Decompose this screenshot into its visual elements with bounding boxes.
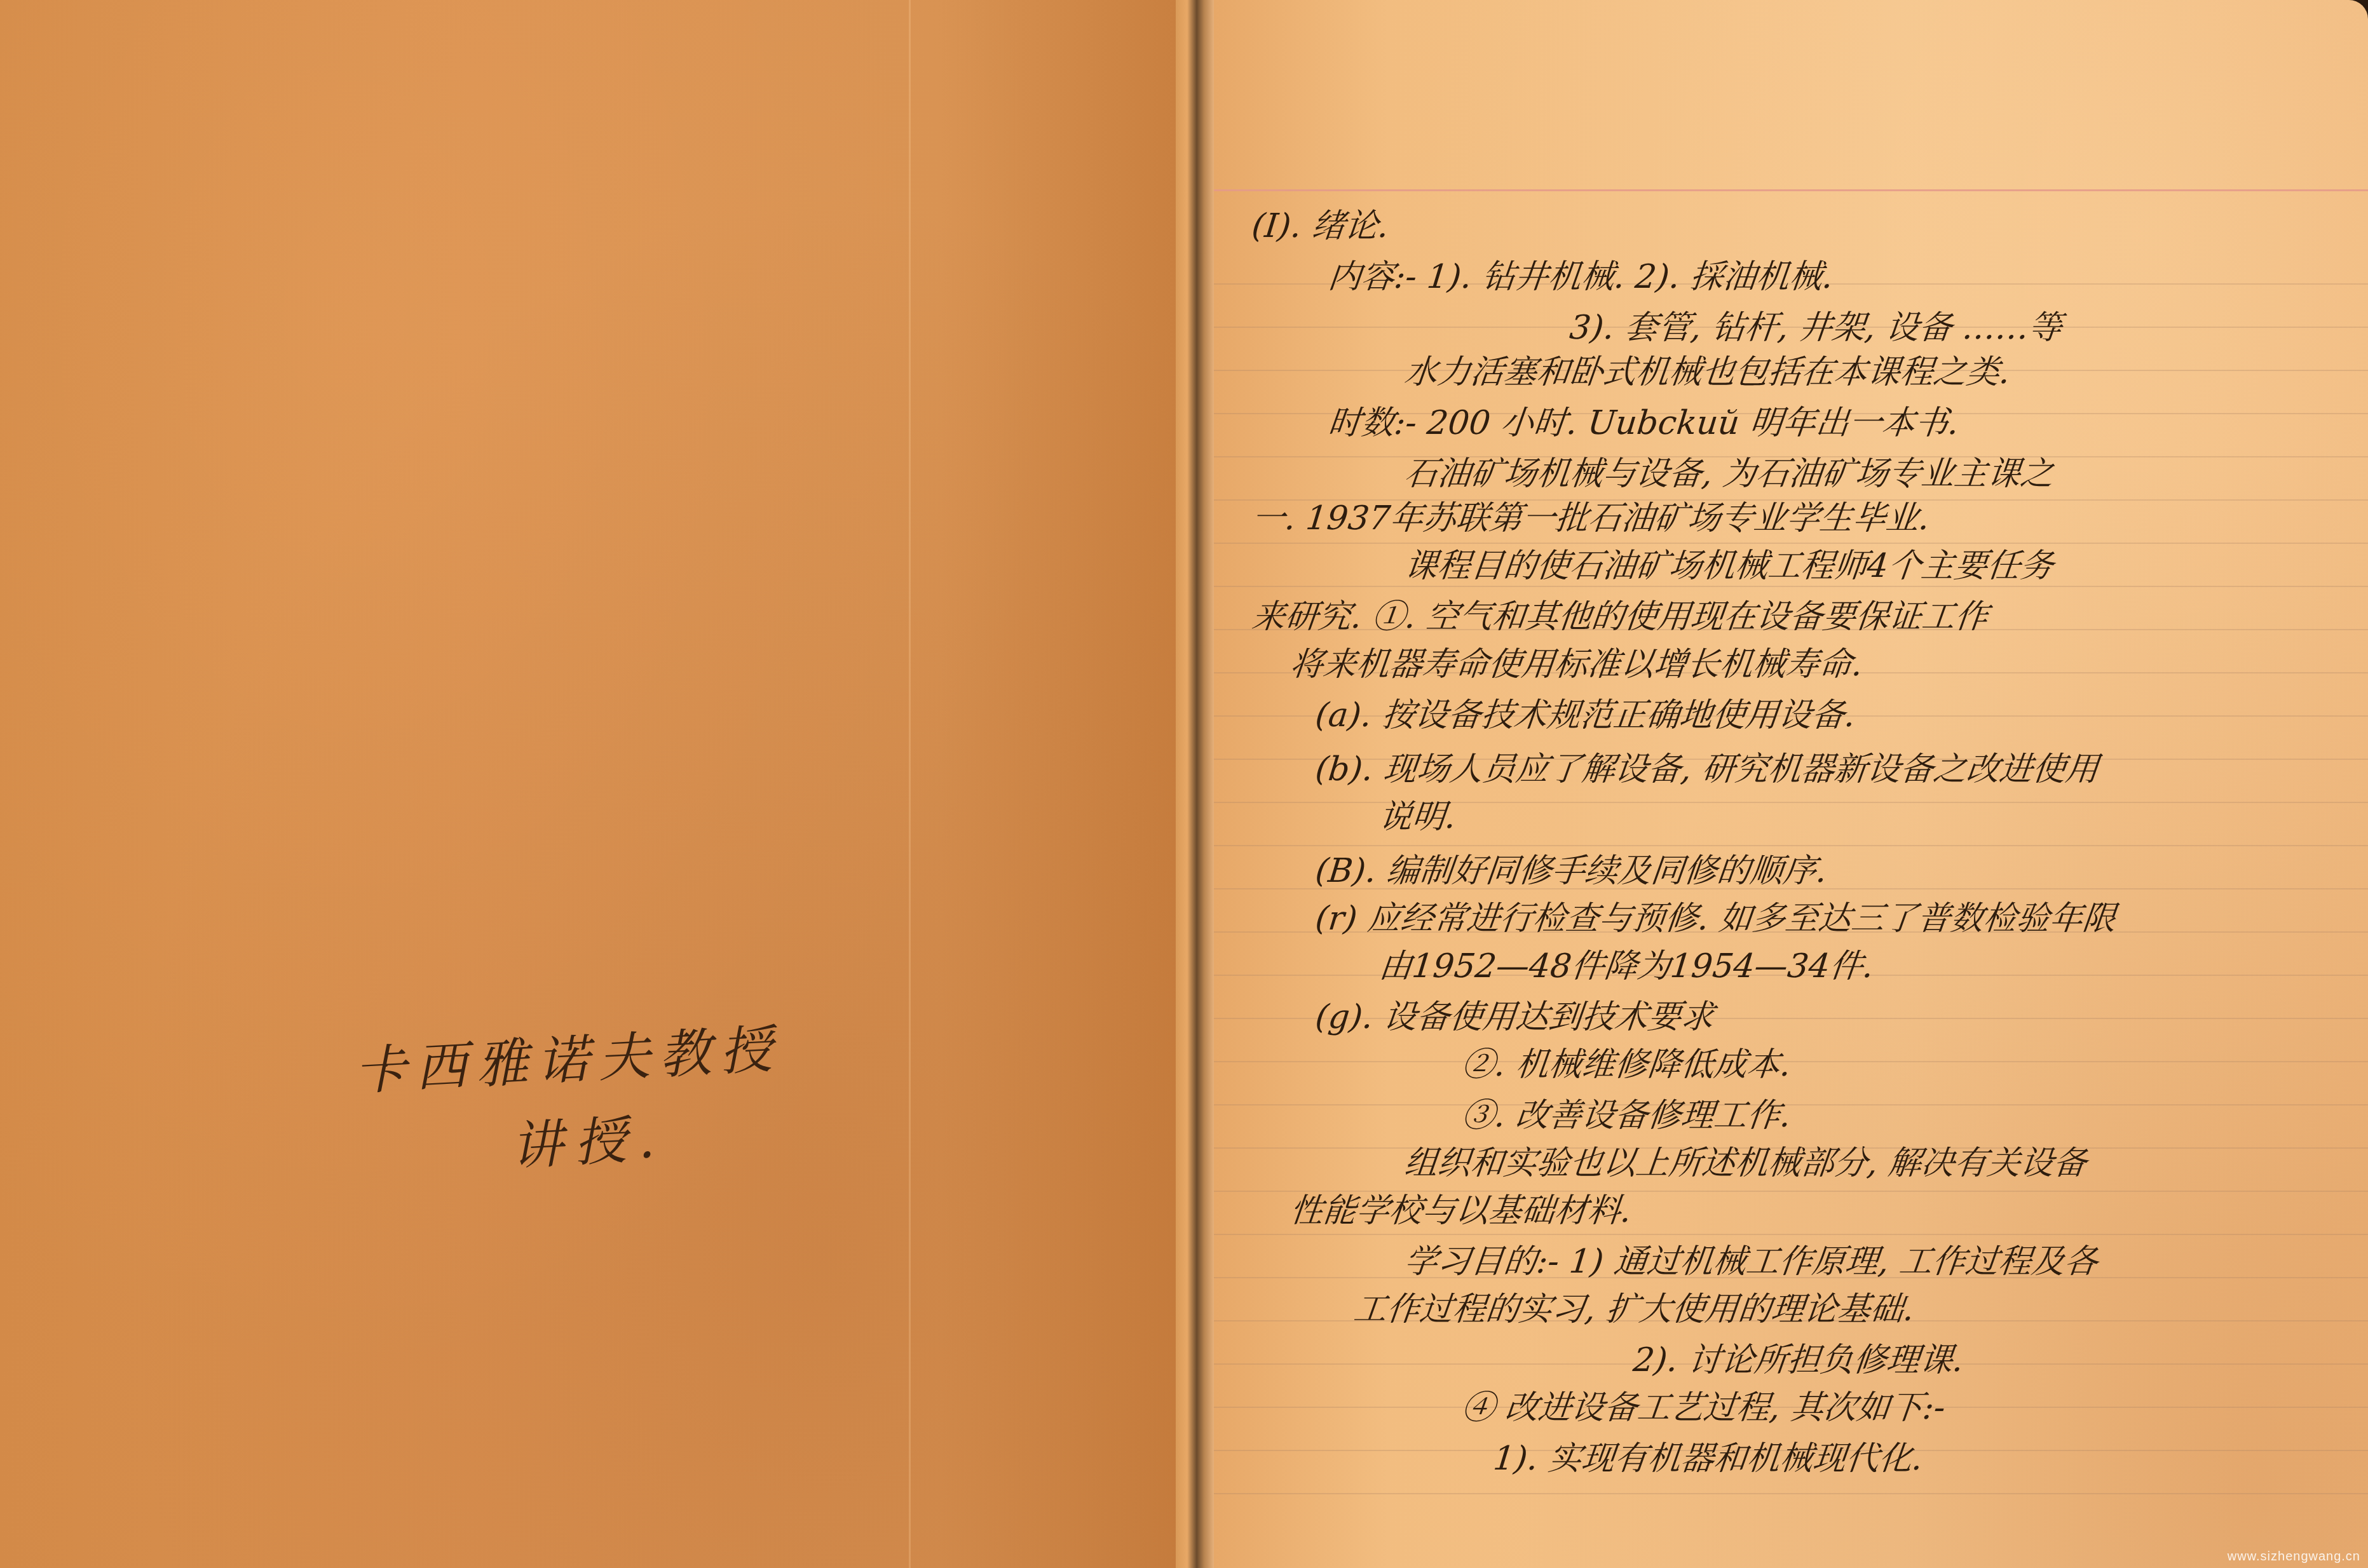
note-line: (I). 绪论. — [1250, 210, 1390, 243]
note-line: 课程目的使石油矿场机械工程师4个主要任务 — [1403, 550, 2055, 583]
note-line: 由1952—48件降为1954—34件. — [1377, 950, 1875, 983]
note-line: 内容:- 1). 钻井机械. 2). 採油机械. — [1326, 260, 1835, 294]
note-line: 2). 讨论所担负修理课. — [1631, 1344, 1964, 1377]
note-line: 3). 套管, 钻杆, 井架, 设备 ……等 — [1568, 311, 2064, 344]
note-line: 性能学校与以基础材料. — [1288, 1194, 1633, 1227]
note-line: ③. 改善设备修理工作. — [1460, 1099, 1792, 1132]
note-line: (b). 现场人员应了解设备, 研究机器新设备之改进使用 — [1314, 753, 2100, 786]
watermark: www.sizhengwang.cn — [2228, 1550, 2360, 1564]
book-spine-gutter — [1176, 0, 1214, 1568]
note-line: 来研究. ①. 空气和其他的使用现在设备要保证工作 — [1250, 600, 1990, 633]
note-line: 水力活塞和卧式机械也包括在本课程之类. — [1403, 356, 2011, 389]
note-line: (g). 设备使用达到技术要求 — [1314, 1001, 1715, 1034]
note-line: 组织和实验也以上所述机械部分, 解决有关设备 — [1403, 1147, 2088, 1180]
note-line: 工作过程的实习, 扩大使用的理论基础. — [1352, 1293, 1915, 1326]
note-line: 1). 实现有机器和机械现代化. — [1492, 1442, 1924, 1475]
notebook-spread: 卡西雅诺夫教授 讲授. (I). 绪论.内容:- 1). 钻井机械. 2). 採… — [0, 0, 2368, 1568]
note-line: 学习目的:- 1) 通过机械工作原理, 工作过程及各 — [1403, 1245, 2099, 1278]
note-line: 时数:- 200 小时. Uubckuй 明年出一本书. — [1326, 407, 1960, 440]
red-margin-rule — [1214, 189, 2368, 191]
cover-inscription: 卡西雅诺夫教授 讲授. — [352, 1003, 881, 1188]
lectured-by-label: 讲授. — [509, 1086, 881, 1180]
professor-name: 卡西雅诺夫教授 — [352, 1003, 876, 1105]
note-line: (a). 按设备技术规范正确地使用设备. — [1314, 699, 1857, 732]
inner-cover-page: 卡西雅诺夫教授 讲授. — [0, 0, 1176, 1568]
lecture-notes-page: (I). 绪论.内容:- 1). 钻井机械. 2). 採油机械.3). 套管, … — [1214, 0, 2368, 1568]
note-line: (B). 编制好同修手续及同修的顺序. — [1314, 855, 1828, 888]
note-line: 将来机器寿命使用标准以增长机械寿命. — [1288, 648, 1864, 681]
note-line: 一. 1937年苏联第一批石油矿场专业学生毕业. — [1250, 502, 1931, 535]
note-line: ②. 机械维修降低成本. — [1460, 1048, 1792, 1081]
note-line: 说明. — [1377, 801, 1457, 834]
note-line: 石油矿场机械与设备, 为石油矿场专业主课之 — [1403, 457, 2055, 490]
note-line: (r) 应经常进行检查与预修. 如多至达三了普数检验年限 — [1314, 902, 2117, 935]
note-line: ④ 改进设备工艺过程, 其次如下:- — [1460, 1391, 1947, 1424]
